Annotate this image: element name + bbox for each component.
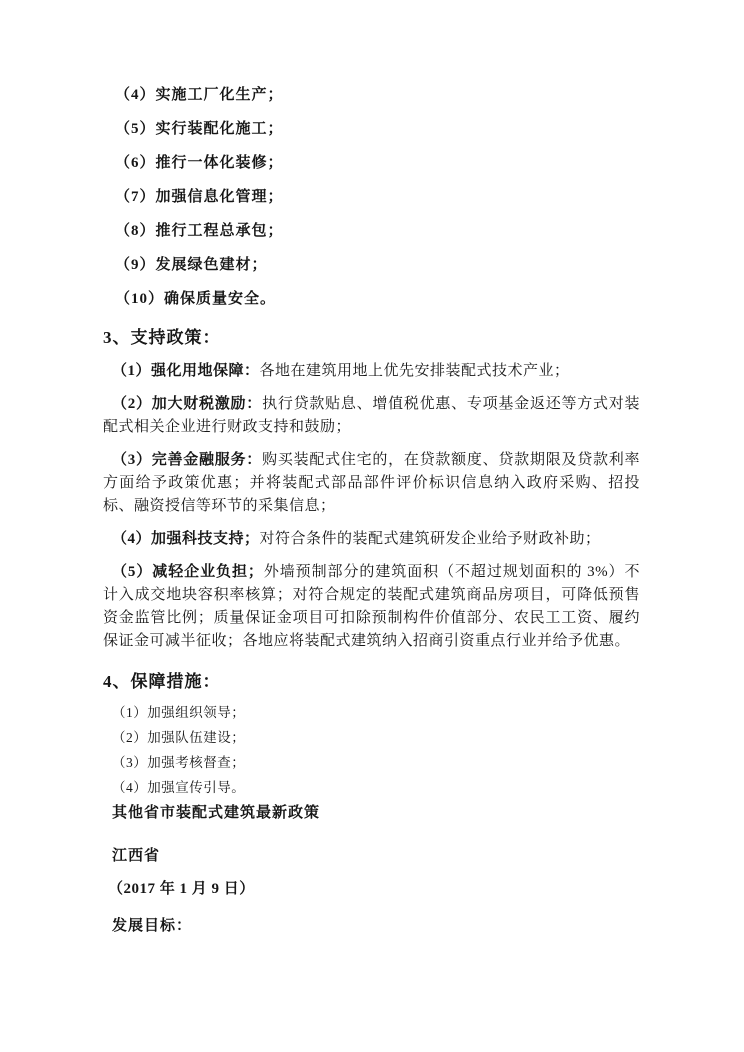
paragraph-text: 4、保障措施： (103, 672, 221, 691)
paragraph-text: （1）加强组织领导； (112, 705, 245, 720)
paragraph-text: 江西省 (112, 848, 160, 864)
paragraph-text: 对符合条件的装配式建筑研发企业给予财政补助； (260, 531, 601, 547)
document-page: （4）实施工厂化生产；（5）实行装配化施工；（6）推行一体化装修；（7）加强信息… (0, 0, 744, 1052)
sub-list-item: （3）加强考核督查； (112, 750, 640, 775)
section-heading: 4、保障措施： (103, 670, 640, 694)
list-item: （7）加强信息化管理； (115, 180, 640, 214)
paragraph-text: 3、支持政策： (103, 328, 221, 347)
paragraph: （5）减轻企业负担；外墙预制部分的建筑面积（不超过规划面积的 3%）不计入成交地… (103, 561, 640, 653)
paragraph-text: （10）确保质量安全。 (115, 291, 276, 307)
paragraph: （1）强化用地保障：各地在建筑用地上优先安排装配式技术产业； (103, 360, 640, 383)
date-line: （2017 年 1 月 9 日） (108, 878, 640, 901)
paragraph-text: （3）加强考核督查； (112, 755, 245, 770)
paragraph-text: （7）加强信息化管理； (115, 189, 284, 205)
list-item: （10）确保质量安全。 (115, 282, 640, 316)
paragraph-text: 其他省市装配式建筑最新政策 (112, 805, 320, 821)
paragraph: （2）加大财税激励：执行贷款贴息、增值税优惠、专项基金返还等方式对装配式相关企业… (103, 393, 640, 439)
paragraph-text: （8）推行工程总承包； (115, 223, 284, 239)
sub-list-item: （4）加强宣传引导。 (112, 775, 640, 800)
paragraph-bold-lead: （2）加大财税激励： (112, 396, 262, 412)
list-item: （8）推行工程总承包； (115, 214, 640, 248)
list-item: （5）实行装配化施工； (115, 112, 640, 146)
paragraph: （3）完善金融服务：购买装配式住宅的，在贷款额度、贷款期限及贷款利率方面给予政策… (103, 449, 640, 518)
paragraph-bold-lead: （4）加强科技支持； (112, 531, 260, 547)
doc-section-title: 其他省市装配式建筑最新政策 (112, 802, 640, 825)
list-item: （4）实施工厂化生产； (115, 78, 640, 112)
paragraph-text: （6）推行一体化装修； (115, 155, 284, 171)
document-content: （4）实施工厂化生产；（5）实行装配化施工；（6）推行一体化装修；（7）加强信息… (103, 0, 640, 938)
paragraph: （4）加强科技支持；对符合条件的装配式建筑研发企业给予财政补助； (103, 528, 640, 551)
paragraph-bold-lead: （3）完善金融服务： (112, 452, 262, 468)
paragraph-bold-lead: （1）强化用地保障： (112, 363, 260, 379)
paragraph-text: （2）加强队伍建设； (112, 730, 245, 745)
sub-heading: 发展目标： (112, 915, 640, 938)
paragraph-text: （2017 年 1 月 9 日） (108, 881, 255, 897)
province-name: 江西省 (112, 845, 640, 868)
paragraph-text: 各地在建筑用地上优先安排装配式技术产业； (260, 363, 570, 379)
sub-list-item: （2）加强队伍建设； (112, 725, 640, 750)
sub-list-item: （1）加强组织领导； (112, 700, 640, 725)
paragraph-text: （4）实施工厂化生产； (115, 87, 284, 103)
paragraph-text: （9）发展绿色建材； (115, 257, 268, 273)
paragraph-text: （4）加强宣传引导。 (112, 780, 245, 795)
paragraph-text: 发展目标： (112, 918, 192, 934)
paragraph-bold-lead: （5）减轻企业负担； (112, 564, 263, 580)
paragraph-text: （5）实行装配化施工； (115, 121, 284, 137)
list-item: （9）发展绿色建材； (115, 248, 640, 282)
list-item: （6）推行一体化装修； (115, 146, 640, 180)
section-heading: 3、支持政策： (103, 326, 640, 350)
